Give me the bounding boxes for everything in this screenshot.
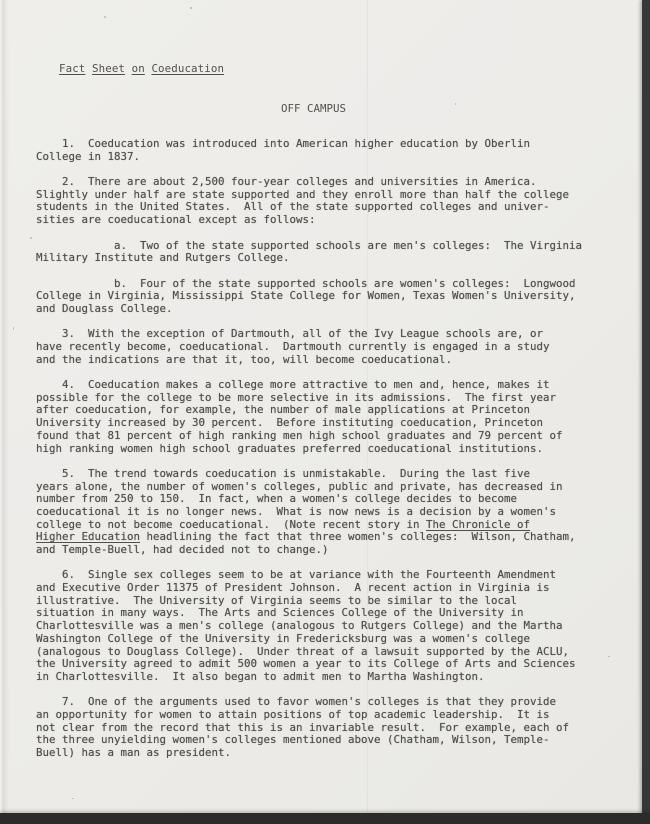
text-line: 2. There are about 2,500 four-year colle…	[36, 176, 616, 189]
text-line: the University agreed to admit 500 women…	[36, 658, 616, 671]
paragraph: 2. There are about 2,500 four-year colle…	[36, 176, 616, 227]
scan-speck	[72, 798, 74, 799]
text-line: and Douglass College.	[36, 303, 616, 316]
scan-edge-bottom	[0, 813, 650, 824]
scan-edge-right	[642, 0, 650, 824]
scan-speck	[156, 736, 158, 738]
text-line: Charlottesville was a men's college (ana…	[36, 620, 616, 633]
scan-speck	[13, 327, 14, 330]
text-line: University increased by 30 percent. Befo…	[36, 417, 616, 430]
title-word: on	[132, 62, 145, 75]
paragraph: 6. Single sex colleges seem to be at var…	[36, 569, 616, 683]
text-line: Military Institute and Rutgers College.	[36, 252, 616, 265]
text-line: found that 81 percent of high ranking me…	[36, 430, 616, 443]
text-line: and the indications are that it, too, wi…	[36, 354, 616, 367]
title-word: Coeducation	[151, 62, 224, 75]
paragraph: b. Four of the state supported schools a…	[36, 278, 616, 316]
scanned-document-page: Fact Sheet on Coeducation OFF CAMPUS 1. …	[0, 0, 650, 824]
paragraph: 5. The trend towards coeducation is unmi…	[36, 468, 616, 557]
text-line: Washington College of the University in …	[36, 633, 616, 646]
title-word: Fact	[59, 62, 85, 75]
scan-speck	[104, 16, 106, 18]
scan-edge-left	[0, 0, 9, 824]
document-title: Fact Sheet on Coeducation	[59, 62, 224, 75]
scan-speck	[190, 7, 192, 9]
section-heading: OFF CAMPUS	[281, 102, 346, 115]
title-word: Sheet	[92, 62, 125, 75]
paragraph: 7. One of the arguments used to favor wo…	[36, 696, 616, 759]
text-line: 4. Coeducation makes a college more attr…	[36, 379, 616, 392]
paragraph: 3. With the exception of Dartmouth, all …	[36, 328, 616, 366]
text-line: Buell) has a man as president.	[36, 747, 616, 760]
scan-speck	[455, 103, 456, 105]
text-line: sities are coeducational except as follo…	[36, 214, 616, 227]
text-line: have recently become, coeducational. Dar…	[36, 341, 616, 354]
scan-speck	[608, 656, 610, 657]
paragraph: 4. Coeducation makes a college more attr…	[36, 379, 616, 455]
text-line: high ranking women high school graduates…	[36, 443, 616, 456]
text-line: in Charlottesville. It also began to adm…	[36, 671, 616, 684]
paragraph: a. Two of the state supported schools ar…	[36, 240, 616, 265]
text-line: an opportunity for women to attain posit…	[36, 709, 616, 722]
text-line: College in 1837.	[36, 151, 616, 164]
document-body: 1. Coeducation was introduced into Ameri…	[36, 138, 616, 772]
text-line: and Executive Order 11375 of President J…	[36, 582, 616, 595]
text-line: and Temple-Buell, had decided not to cha…	[36, 544, 616, 557]
scan-speck	[30, 237, 32, 239]
paragraph: 1. Coeducation was introduced into Ameri…	[36, 138, 616, 163]
text-line: 1. Coeducation was introduced into Ameri…	[36, 138, 616, 151]
text-line: 5. The trend towards coeducation is unmi…	[36, 468, 616, 481]
